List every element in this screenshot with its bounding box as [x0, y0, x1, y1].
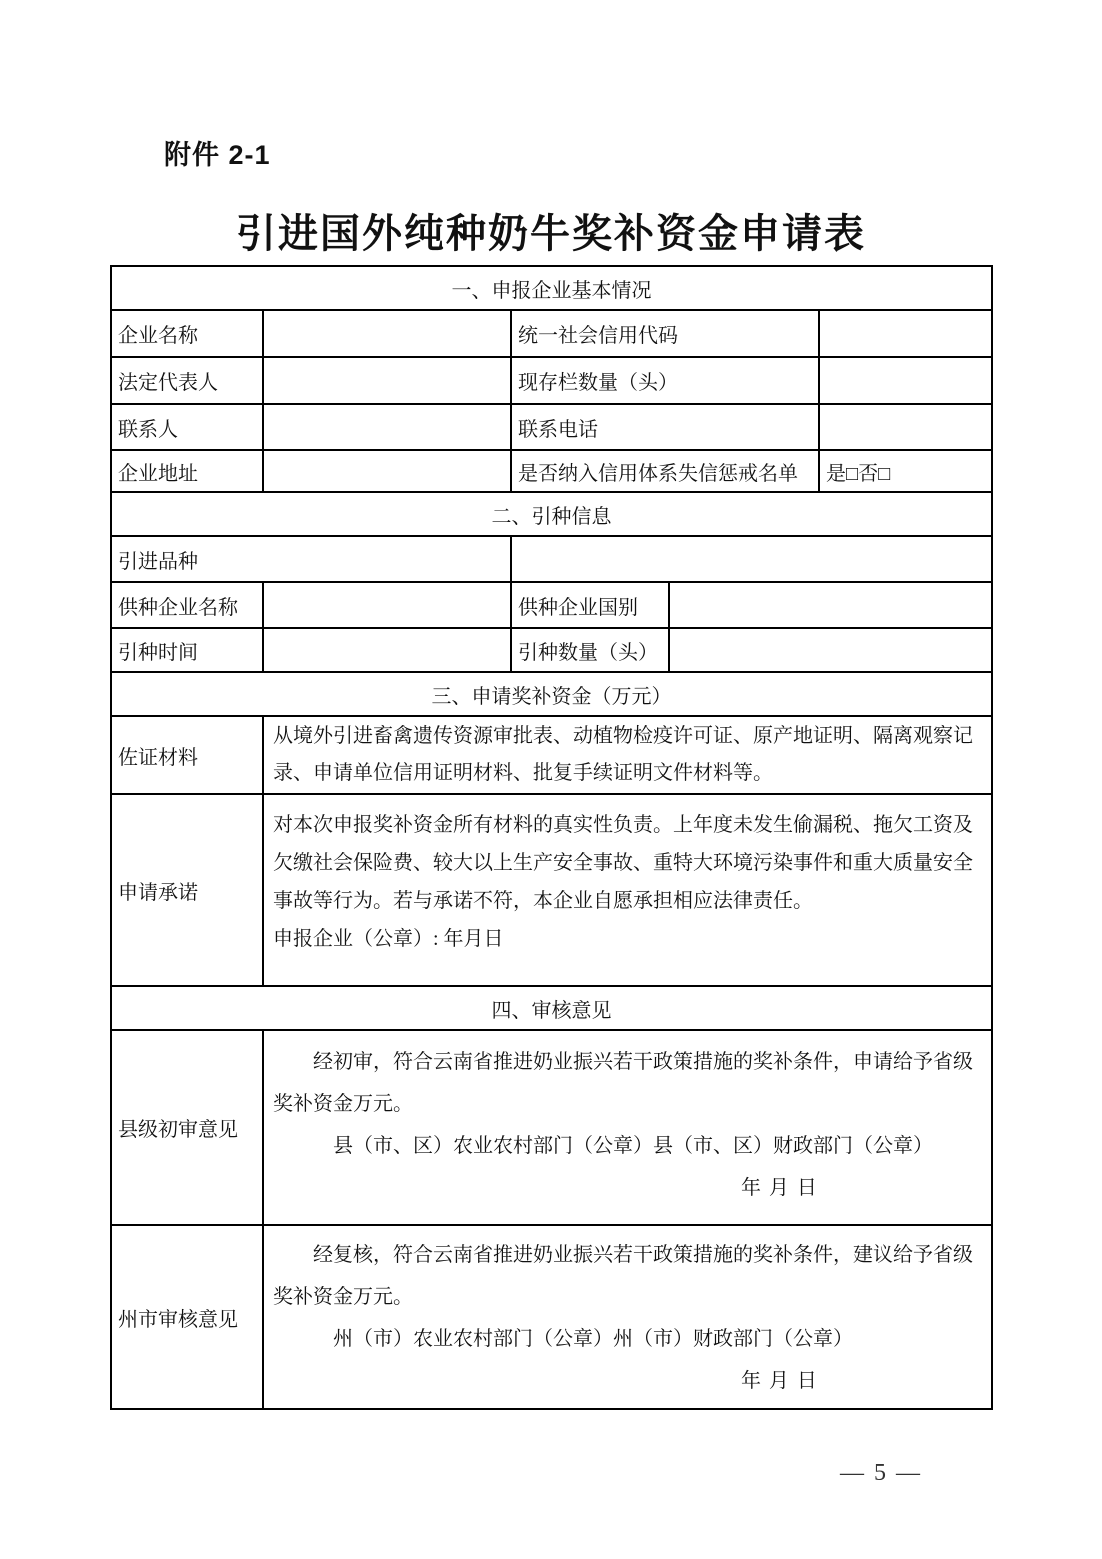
section1-header-row: 一、申报企业基本情况 [112, 267, 991, 311]
document-page: 附件 2-1 引进国外纯种奶牛奖补资金申请表 一、申报企业基本情况 企业名称 统… [0, 0, 1102, 1559]
table-row: 州市审核意见 经复核，符合云南省推进奶业振兴若干政策措施的奖补条件，建议给予省级… [112, 1226, 991, 1408]
label-company-address: 企业地址 [112, 451, 264, 491]
label-evidence-materials: 佐证材料 [112, 717, 264, 793]
label-county-review: 县级初审意见 [112, 1031, 264, 1224]
label-imported-breed: 引进品种 [112, 537, 512, 581]
input-company-name[interactable] [264, 311, 512, 356]
table-row: 法定代表人 现存栏数量（头） [112, 358, 991, 405]
input-import-quantity[interactable] [670, 629, 991, 671]
table-row: 联系人 联系电话 [112, 405, 991, 451]
section2-header-row: 二、引种信息 [112, 493, 991, 537]
label-city-review: 州市审核意见 [112, 1226, 264, 1408]
commitment-paragraph: 对本次申报奖补资金所有材料的真实性负责。上年度未发生偷漏税、拖欠工资及欠缴社会保… [273, 806, 982, 920]
table-row: 引种时间 引种数量（头） [112, 629, 991, 673]
input-credit-code[interactable] [820, 311, 991, 356]
table-row: 佐证材料 从境外引进畜禽遗传资源审批表、动植物检疫许可证、原产地证明、隔离观察记… [112, 717, 991, 795]
input-company-address[interactable] [264, 451, 512, 491]
input-contact-person[interactable] [264, 405, 512, 449]
city-review-cell: 经复核，符合云南省推进奶业振兴若干政策措施的奖补条件，建议给予省级奖补资金万元。… [264, 1226, 991, 1408]
label-legal-representative: 法定代表人 [112, 358, 264, 403]
table-row: 企业地址 是否纳入信用体系失信惩戒名单 是□否□ [112, 451, 991, 493]
table-row: 企业名称 统一社会信用代码 [112, 311, 991, 358]
county-review-opinion: 经初审，符合云南省推进奶业振兴若干政策措施的奖补条件，申请给予省级奖补资金万元。 [273, 1041, 982, 1125]
application-commitment-cell: 对本次申报奖补资金所有材料的真实性负责。上年度未发生偷漏税、拖欠工资及欠缴社会保… [264, 795, 991, 985]
input-import-date[interactable] [264, 629, 512, 671]
label-import-date: 引种时间 [112, 629, 264, 671]
evidence-materials-text: 从境外引进畜禽遗传资源审批表、动植物检疫许可证、原产地证明、隔离观察记录、申请单… [264, 717, 991, 793]
label-company-name: 企业名称 [112, 311, 264, 356]
section2-header: 二、引种信息 [112, 493, 991, 535]
input-legal-representative[interactable] [264, 358, 512, 403]
label-credit-code: 统一社会信用代码 [512, 311, 820, 356]
label-credit-blacklist: 是否纳入信用体系失信惩戒名单 [512, 451, 820, 491]
section4-header: 四、审核意见 [112, 987, 991, 1029]
checkbox-yes-no[interactable]: 是□否□ [820, 451, 991, 491]
label-import-quantity: 引种数量（头） [512, 629, 670, 671]
section4-header-row: 四、审核意见 [112, 987, 991, 1031]
section3-header-row: 三、申请奖补资金（万元） [112, 673, 991, 717]
label-application-commitment: 申请承诺 [112, 795, 264, 985]
label-contact-phone: 联系电话 [512, 405, 820, 449]
input-imported-breed[interactable] [512, 537, 991, 581]
city-review-date: 年月日 [741, 1360, 982, 1402]
input-supplier-name[interactable] [264, 583, 512, 627]
table-row: 供种企业名称 供种企业国别 [112, 583, 991, 629]
application-table: 一、申报企业基本情况 企业名称 统一社会信用代码 法定代表人 现存栏数量（头） … [110, 265, 993, 1410]
commitment-signature-line: 申报企业（公章）: 年月日 [273, 920, 982, 958]
county-review-cell: 经初审，符合云南省推进奶业振兴若干政策措施的奖补条件，申请给予省级奖补资金万元。… [264, 1031, 991, 1224]
label-supplier-name: 供种企业名称 [112, 583, 264, 627]
label-contact-person: 联系人 [112, 405, 264, 449]
input-contact-phone[interactable] [820, 405, 991, 449]
table-row: 申请承诺 对本次申报奖补资金所有材料的真实性负责。上年度未发生偷漏税、拖欠工资及… [112, 795, 991, 987]
label-supplier-country: 供种企业国别 [512, 583, 670, 627]
input-herd-size[interactable] [820, 358, 991, 403]
evidence-materials-paragraph: 从境外引进畜禽遗传资源审批表、动植物检疫许可证、原产地证明、隔离观察记录、申请单… [273, 718, 982, 792]
section1-header: 一、申报企业基本情况 [112, 267, 991, 309]
page-title: 引进国外纯种奶牛奖补资金申请表 [0, 202, 1102, 259]
label-herd-size: 现存栏数量（头） [512, 358, 820, 403]
table-row: 引进品种 [112, 537, 991, 583]
section3-header: 三、申请奖补资金（万元） [112, 673, 991, 715]
county-review-date: 年月日 [741, 1167, 982, 1209]
city-review-opinion: 经复核，符合云南省推进奶业振兴若干政策措施的奖补条件，建议给予省级奖补资金万元。 [273, 1234, 982, 1318]
city-review-orgs: 州（市）农业农村部门（公章）州（市）财政部门（公章） [273, 1318, 982, 1360]
county-review-orgs: 县（市、区）农业农村部门（公章）县（市、区）财政部门（公章） [273, 1125, 982, 1167]
input-supplier-country[interactable] [670, 583, 991, 627]
attachment-label: 附件 2-1 [164, 133, 271, 172]
page-number: — 5 — [840, 1460, 922, 1487]
table-row: 县级初审意见 经初审，符合云南省推进奶业振兴若干政策措施的奖补条件，申请给予省级… [112, 1031, 991, 1226]
